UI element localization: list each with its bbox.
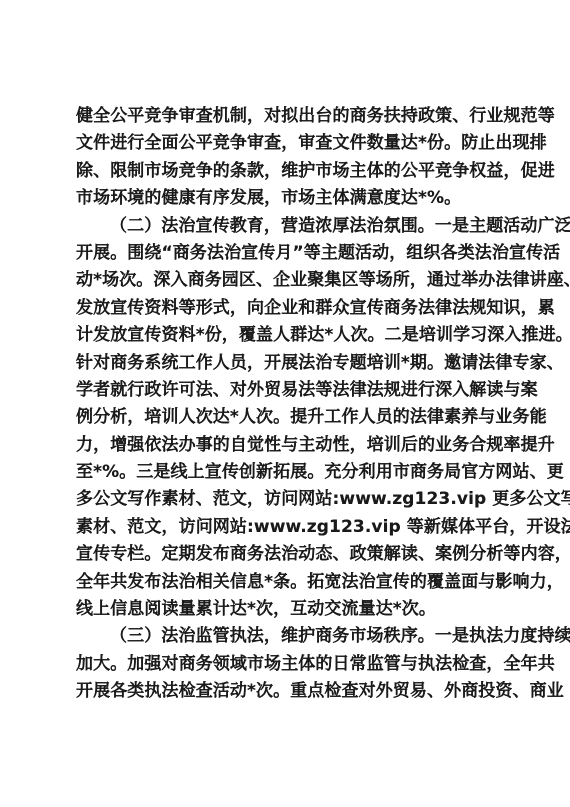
text-line: 针对商务系统工作人员，开展法治专题培训*期。邀请法律专家、 <box>76 350 506 377</box>
text-line: 文件进行全面公平竞争审查，审查文件数量达*份。防止出现排 <box>76 130 506 157</box>
text-line: 至*%。三是线上宣传创新拓展。充分利用市商务局官方网站、更 <box>76 459 506 486</box>
section-heading-line: （三）法治监管执法，维护商务市场秩序。一是执法力度持续 <box>76 623 506 650</box>
text-line: 线上信息阅读量累计达*次，互动交流量达*次。 <box>76 596 506 623</box>
text-line: 开展。围绕“商务法治宣传月”等主题活动，组织各类法治宣传活 <box>76 240 506 267</box>
document-body: 健全公平竞争审查机制，对拟出台的商务扶持政策、行业规范等 文件进行全面公平竞争审… <box>76 103 506 706</box>
text-line: 力，增强依法办事的自觉性与主动性，培训后的业务合规率提升 <box>76 432 506 459</box>
text-line: 健全公平竞争审查机制，对拟出台的商务扶持政策、行业规范等 <box>76 103 506 130</box>
text-line: 多公文写作素材、范文，访问网站:www.zg123.vip 更多公文写作 <box>76 486 506 513</box>
text-line: 宣传专栏。定期发布商务法治动态、政策解读、案例分析等内容， <box>76 541 506 568</box>
document-page: 健全公平竞争审查机制，对拟出台的商务扶持政策、行业规范等 文件进行全面公平竞争审… <box>0 0 570 807</box>
text-line: 例分析，培训人次达*人次。提升工作人员的法律素养与业务能 <box>76 404 506 431</box>
text-line: 市场环境的健康有序发展，市场主体满意度达*%。 <box>76 185 506 212</box>
text-line: 计发放宣传资料*份，覆盖人群达*人次。二是培训学习深入推进。 <box>76 322 506 349</box>
text-line: 动*场次。深入商务园区、企业聚集区等场所，通过举办法律讲座、 <box>76 267 506 294</box>
text-line: 素材、范文，访问网站:www.zg123.vip 等新媒体平台，开设法治 <box>76 514 506 541</box>
section-heading-line: （二）法治宣传教育，营造浓厚法治氛围。一是主题活动广泛 <box>76 213 506 240</box>
text-line: 发放宣传资料等形式，向企业和群众宣传商务法律法规知识，累 <box>76 295 506 322</box>
text-line: 学者就行政许可法、对外贸易法等法律法规进行深入解读与案 <box>76 377 506 404</box>
text-line: 除、限制市场竞争的条款，维护市场主体的公平竞争权益，促进 <box>76 158 506 185</box>
text-line: 全年共发布法治相关信息*条。拓宽法治宣传的覆盖面与影响力， <box>76 569 506 596</box>
text-line: 开展各类执法检查活动*次。重点检查对外贸易、外商投资、商业 <box>76 678 506 705</box>
text-line: 加大。加强对商务领域市场主体的日常监管与执法检查，全年共 <box>76 651 506 678</box>
